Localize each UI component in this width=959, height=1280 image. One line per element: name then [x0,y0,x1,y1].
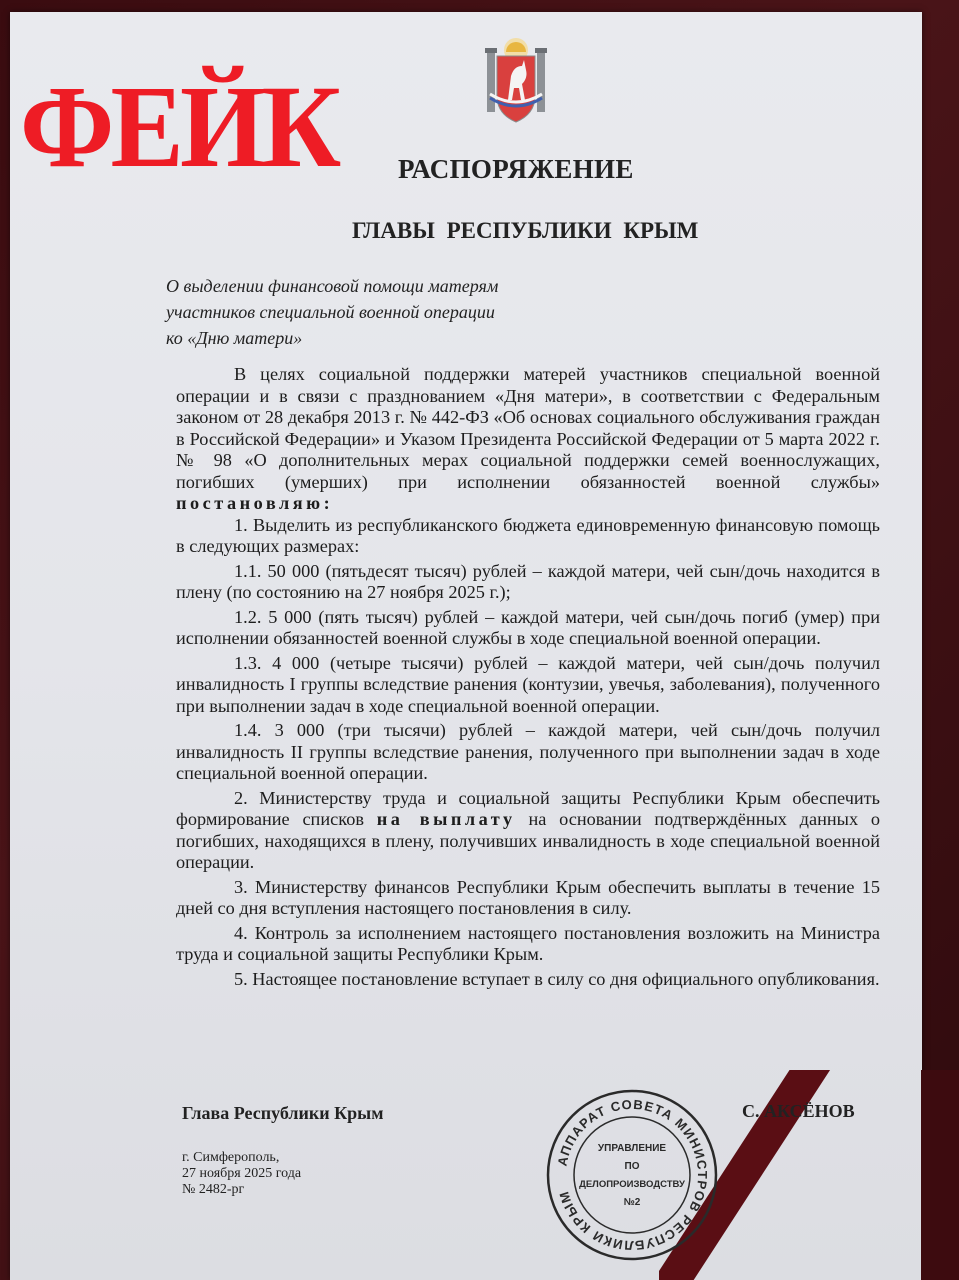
signatory-role: Глава Республики Крым [182,1103,383,1124]
doc-number: № 2482-рг [182,1182,301,1198]
document-meta: г. Симферополь, 27 ноября 2025 года № 24… [182,1150,301,1198]
crimea-coat-of-arms-icon [484,36,548,128]
date: 27 ноября 2025 года [182,1166,301,1182]
svg-text:ПО: ПО [625,1161,640,1172]
svg-text:УПРАВЛЕНИЕ: УПРАВЛЕНИЕ [598,1143,666,1154]
signatory-name: С. АКСЁНОВ [742,1101,855,1122]
fake-overlay-label: ФЕЙК [20,68,338,186]
decree-word: постановляю: [176,493,333,513]
preamble-paragraph: В целях социальной поддержки матерей уча… [176,364,880,515]
document-subject: О выделении финансовой помощи матерям уч… [166,273,498,351]
document-type-title: РАСПОРЯЖЕНИЕ [398,154,634,185]
svg-text:АППАРАТ СОВЕТА МИНИСТРОВ РЕСПУ: АППАРАТ СОВЕТА МИНИСТРОВ РЕСПУБЛИКИ КРЫМ [555,1097,710,1253]
item-2: 2. Министерству труда и социальной защит… [176,788,880,874]
item-1-4: 1.4. 3 000 (три тысячи) рублей – каждой … [176,720,880,785]
item-1: 1. Выделить из республиканского бюджета … [176,515,880,558]
item-3: 3. Министерству финансов Республики Крым… [176,877,880,920]
svg-text:ДЕЛОПРОИЗВОДСТВУ: ДЕЛОПРОИЗВОДСТВУ [579,1179,685,1190]
subject-line: участников специальной военной операции [166,299,498,325]
official-stamp-icon: АППАРАТ СОВЕТА МИНИСТРОВ РЕСПУБЛИКИ КРЫМ… [542,1085,722,1265]
item-1-1: 1.1. 50 000 (пятьдесят тысяч) рублей – к… [176,561,880,604]
svg-text:№2: №2 [624,1197,641,1208]
city: г. Симферополь, [182,1150,301,1166]
item-1-2: 1.2. 5 000 (пять тысяч) рублей – каждой … [176,607,880,650]
item-1-3: 1.3. 4 000 (четыре тысячи) рублей – кажд… [176,653,880,718]
subject-line: ко «Дню матери» [166,325,498,351]
item-5: 5. Настоящее постановление вступает в си… [176,969,880,991]
item-4: 4. Контроль за исполнением настоящего по… [176,923,880,966]
document-issuer-title: ГЛАВЫ РЕСПУБЛИКИ КРЫМ [352,218,698,244]
document-body: В целях социальной поддержки матерей уча… [176,364,880,990]
subject-line: О выделении финансовой помощи матерям [166,273,498,299]
